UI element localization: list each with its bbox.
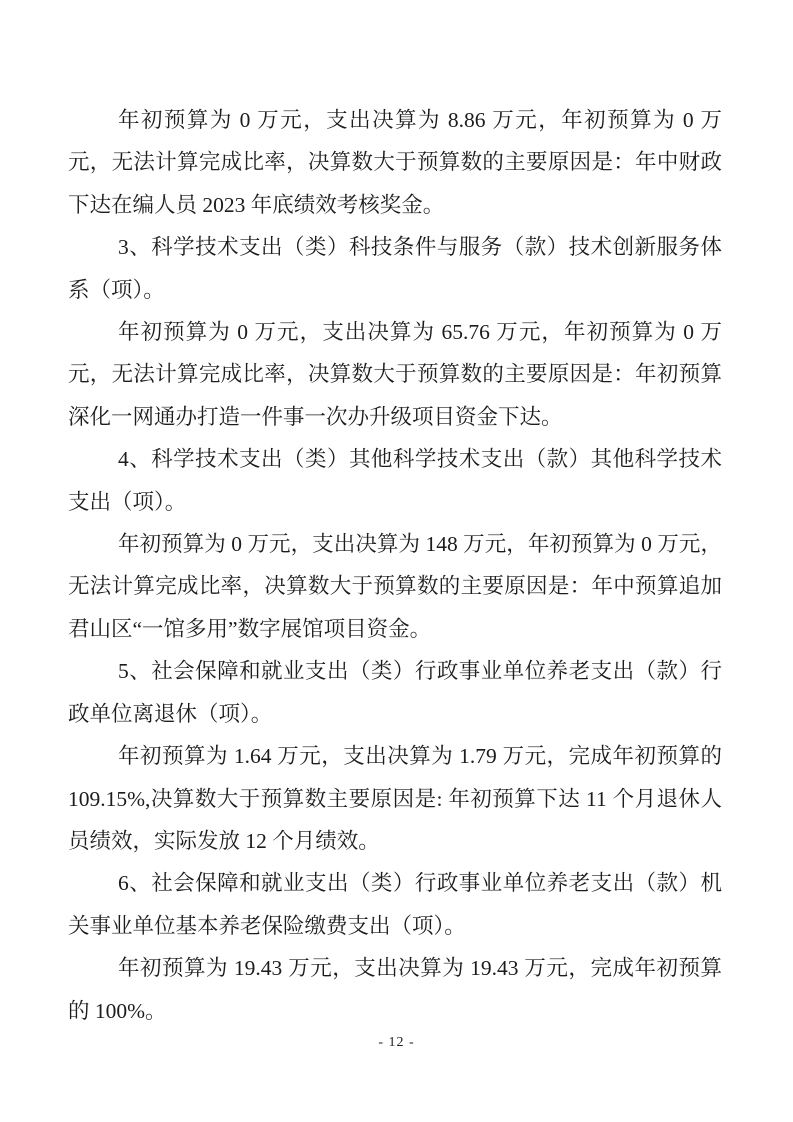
document-page: 年初预算为 0 万元，支出决算为 8.86 万元，年初预算为 0 万元，无法计算… <box>0 0 793 1122</box>
paragraph-item4-title: 4、科学技术支出（类）其他科学技术支出（款）其他科学技术支出（项）。 <box>68 438 722 523</box>
paragraph-item6-budget: 年初预算为 19.43 万元，支出决算为 19.43 万元，完成年初预算的 10… <box>68 947 722 1032</box>
paragraph-item2-budget: 年初预算为 0 万元，支出决算为 8.86 万元，年初预算为 0 万元，无法计算… <box>68 99 722 226</box>
paragraph-item3-title: 3、科学技术支出（类）科技条件与服务（款）技术创新服务体系（项）。 <box>68 226 722 311</box>
document-body: 年初预算为 0 万元，支出决算为 8.86 万元，年初预算为 0 万元，无法计算… <box>68 99 722 1032</box>
paragraph-item3-budget: 年初预算为 0 万元，支出决算为 65.76 万元，年初预算为 0 万元，无法计… <box>68 311 722 438</box>
paragraph-item4-budget: 年初预算为 0 万元，支出决算为 148 万元，年初预算为 0 万元，无法计算完… <box>68 523 722 650</box>
page-number: - 12 - <box>378 1035 414 1050</box>
paragraph-item5-title: 5、社会保障和就业支出（类）行政事业单位养老支出（款）行政单位离退休（项）。 <box>68 650 722 735</box>
paragraph-item5-budget: 年初预算为 1.64 万元，支出决算为 1.79 万元，完成年初预算的 109.… <box>68 735 722 862</box>
paragraph-item6-title: 6、社会保障和就业支出（类）行政事业单位养老支出（款）机关事业单位基本养老保险缴… <box>68 862 722 947</box>
page-footer: - 12 - <box>0 1033 793 1051</box>
